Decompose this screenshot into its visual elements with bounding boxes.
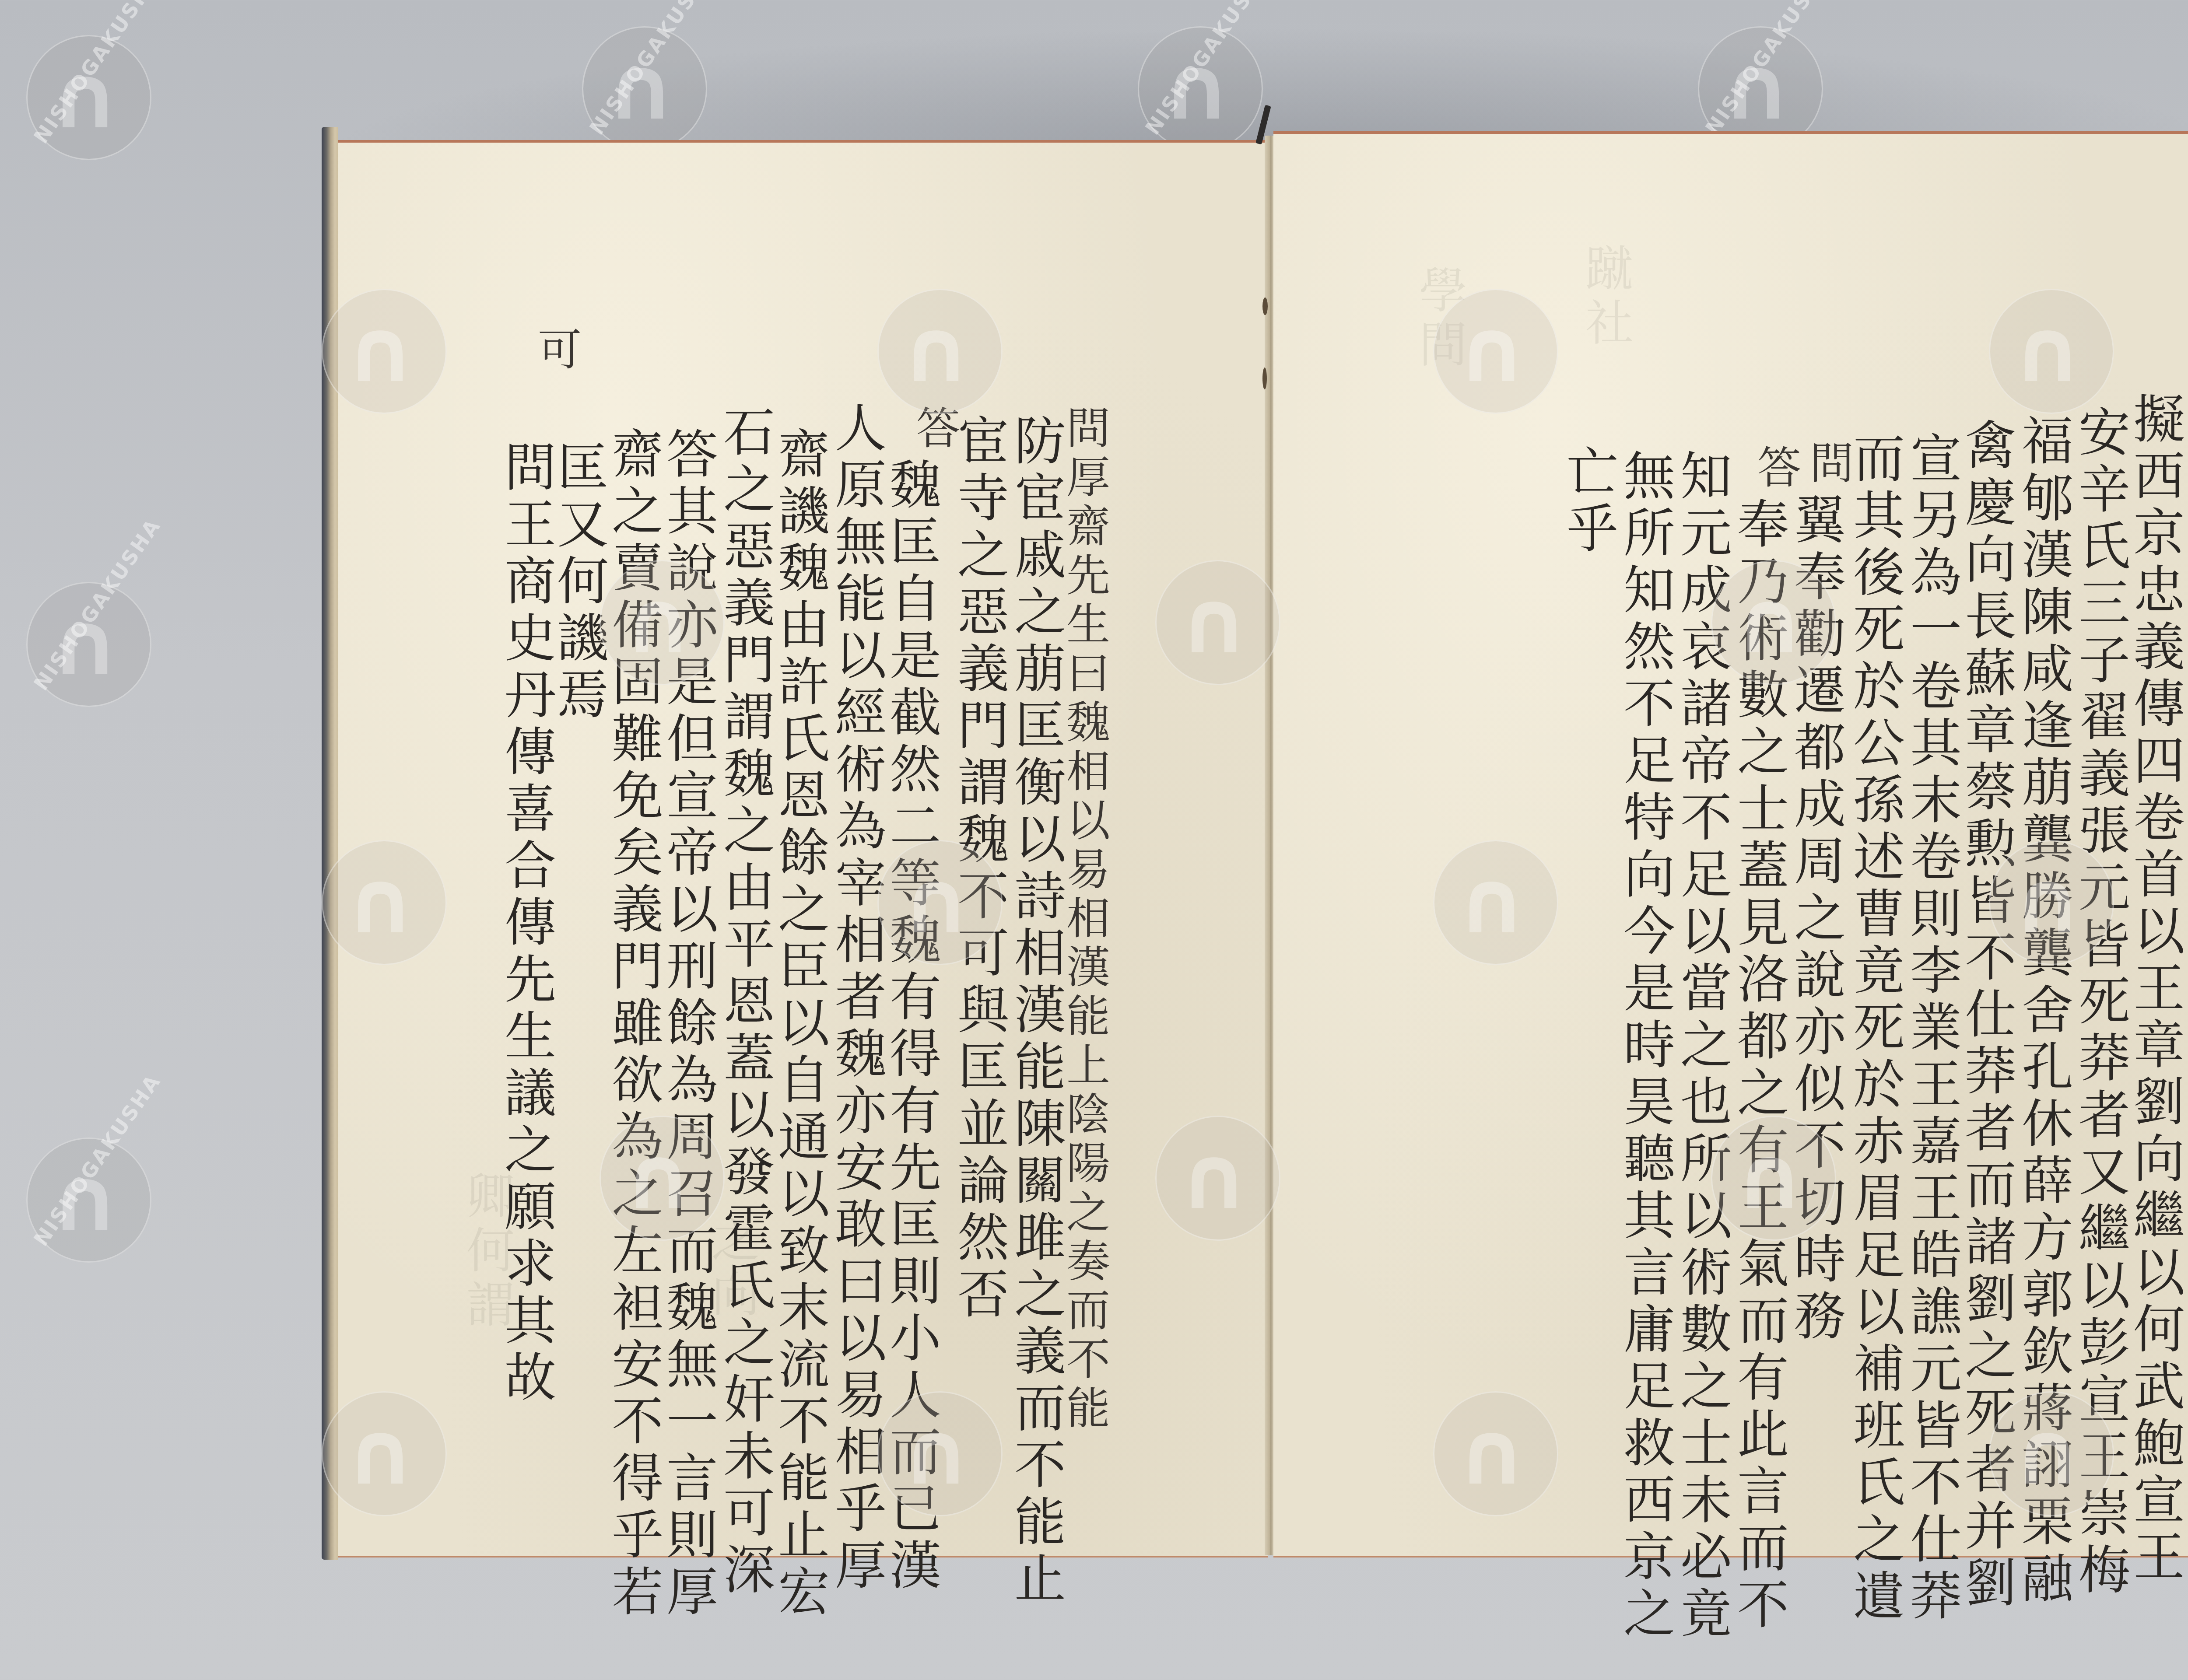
watermark-logo-icon: NISHOGAKUSHA ∩	[26, 582, 151, 707]
watermark-n-icon: ∩	[345, 308, 416, 395]
text-column: 齋譏魏由許氏恩餘之臣以自通以致末流不能止宏	[774, 427, 825, 1621]
book-spread: 卿何謂 之向 問厚齋先生曰魏相以易相漢能上陰陽之奏而不能 防宦戚之萠匡衡以詩相漢…	[322, 122, 2188, 1562]
text-column: 亡乎	[1562, 444, 1614, 558]
watermark-n-icon: ∩	[1734, 579, 1805, 666]
watermark-logo-icon: ∩	[322, 1391, 447, 1516]
watermark-logo-icon: ∩	[1989, 289, 2114, 414]
text-column: 防宦戚之萠匡衡以詩相漢能陳關雎之義而不能止	[1010, 414, 1062, 1608]
text-column: 而其後死於公孫述曹竟死於赤眉足以補班氏之遺	[1849, 431, 1900, 1626]
watermark-logo-icon: ∩	[1433, 840, 1558, 965]
watermark-logo-icon: NISHOGAKUSHA ∩	[26, 35, 151, 160]
watermark-logo-icon: ∩	[1711, 1116, 1836, 1241]
text-column: 問厚齋先生曰魏相以易相漢能上陰陽之奏而不能	[1062, 405, 1106, 1434]
top-note-marker: 可	[524, 326, 587, 370]
watermark-n-icon: ∩	[345, 859, 416, 946]
watermark-n-icon: ∩	[1734, 1134, 1805, 1222]
worm-hole	[1262, 367, 1267, 389]
watermark-logo-icon: ∩	[877, 1391, 1003, 1516]
watermark-logo-icon: ∩	[1433, 1391, 1558, 1516]
watermark-n-icon: ∩	[623, 579, 694, 666]
watermark-logo-icon: ∩	[877, 289, 1003, 414]
watermark-n-icon: ∩	[49, 601, 120, 688]
watermark-n-icon: ∩	[2012, 308, 2083, 395]
watermark-logo-icon: ∩	[1711, 560, 1836, 685]
watermark-logo-icon: ∩	[322, 289, 447, 414]
answer-marker: 答	[1744, 444, 1807, 488]
watermark-logo-icon: ∩	[1989, 840, 2114, 965]
watermark-logo-icon: NISHOGAKUSHA ∩	[26, 1137, 151, 1263]
watermark-n-icon: ∩	[623, 1134, 694, 1222]
watermark-n-icon: ∩	[2012, 1410, 2083, 1498]
watermark-logo-icon: ∩	[1433, 289, 1558, 414]
left-page: 卿何謂 之向 問厚齋先生曰魏相以易相漢能上陰陽之奏而不能 防宦戚之萠匡衡以詩相漢…	[338, 140, 1268, 1557]
text-column: 擬西京忠義傳四卷首以王章劉向繼以何武鮑宣王	[2129, 392, 2181, 1586]
watermark-n-icon: ∩	[901, 308, 971, 395]
watermark-n-icon: ∩	[901, 859, 971, 946]
text-column: 人原無能以經術為宰相者魏亦安敢曰以易相乎厚	[831, 401, 882, 1595]
bleed-through-text: 蹴社	[1571, 243, 1640, 352]
watermark-n-icon: ∩	[1178, 1134, 1249, 1222]
text-column: 匡又何譏焉	[553, 440, 604, 724]
watermark-n-icon: ∩	[49, 54, 120, 141]
watermark-n-icon: ∩	[901, 1410, 971, 1498]
watermark-n-icon: ∩	[1161, 45, 1232, 133]
text-column: 宣另為一卷其末卷則李業王嘉王皓譙元皆不仕莽	[1906, 431, 1957, 1626]
watermark-logo-icon: ∩	[877, 840, 1003, 965]
text-column: 問王商史丹傳喜合傳先生議之願求其故	[500, 440, 552, 1407]
text-column: 無所知然不足特向今是時昊聽其言庸足救西京之	[1619, 449, 1671, 1643]
watermark-logo-icon: ∩	[322, 840, 447, 965]
worm-hole	[1262, 297, 1268, 315]
watermark-logo-icon: ∩	[1155, 560, 1280, 685]
watermark-n-icon: ∩	[1456, 308, 1527, 395]
watermark-logo-icon: ∩	[600, 1116, 725, 1241]
watermark-n-icon: ∩	[605, 45, 676, 133]
watermark-n-icon: ∩	[2012, 859, 2083, 946]
watermark-logo-icon: ∩	[1989, 1391, 2114, 1516]
watermark-n-icon: ∩	[49, 1156, 120, 1244]
watermark-n-icon: ∩	[1178, 579, 1249, 666]
watermark-n-icon: ∩	[1721, 45, 1792, 133]
watermark-n-icon: ∩	[1456, 859, 1527, 946]
watermark-logo-icon: ∩	[1155, 1116, 1280, 1241]
watermark-n-icon: ∩	[1456, 1410, 1527, 1498]
watermark-n-icon: ∩	[345, 1410, 416, 1498]
text-column: 石之惡義門謂魏之由平恩蓋以發霍氏之奸未可深	[719, 405, 771, 1599]
watermark-logo-icon: ∩	[600, 560, 725, 685]
